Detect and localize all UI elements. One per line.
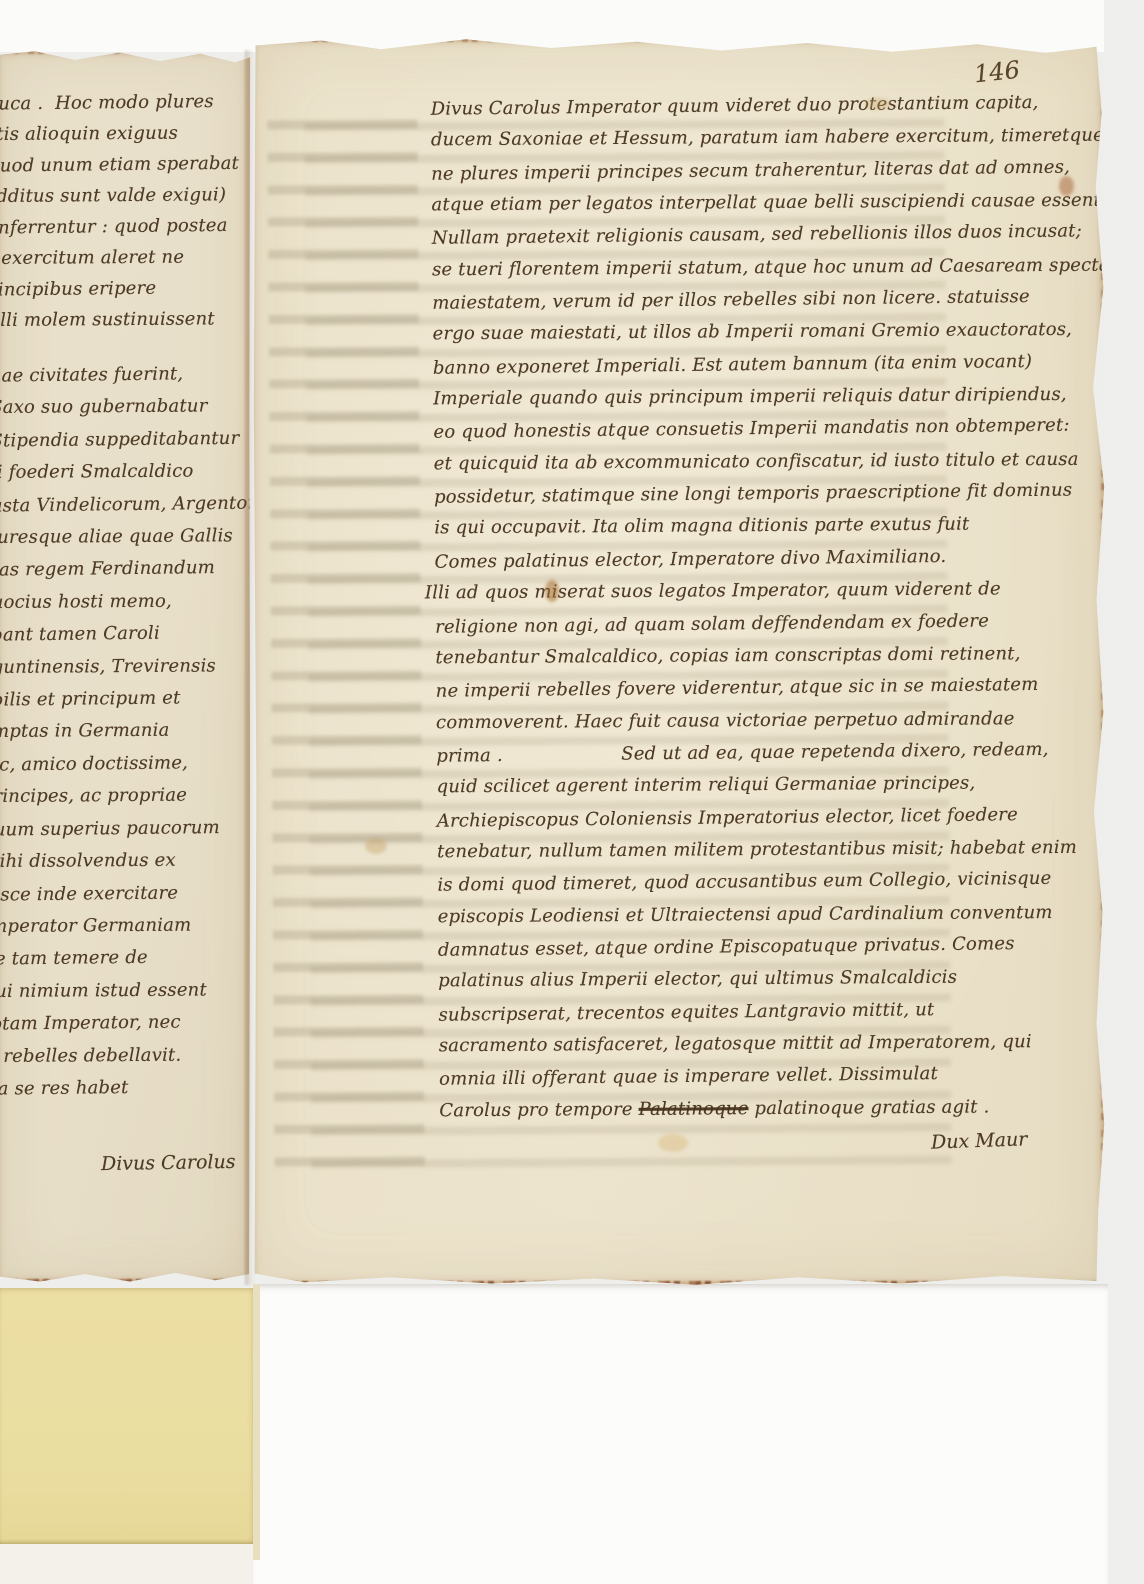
final-line-pre: Carolus pro tempore (439, 1099, 638, 1121)
manuscript-line: ti rebelles debellavit. (0, 1038, 284, 1072)
manuscript-line: conferrentur : quod postea (0, 209, 277, 243)
manuscript-line: . Stipendia suppeditabantur (0, 422, 279, 458)
manuscript-line: abilis et principum et (0, 681, 281, 717)
left-page: pauca . Hoc modo pluressatis alioquin ex… (0, 50, 250, 1284)
yellow-insert-sheet (0, 1288, 256, 1544)
manuscript-line: Illi ad quos miserat suos legatos Impera… (425, 573, 1097, 610)
manuscript-line: mihi dissolvendus ex (0, 844, 282, 878)
left-page-text-block: pauca . Hoc modo pluressatis alioquin ex… (0, 86, 284, 1106)
manuscript-line: hic, amico doctissime, (0, 746, 282, 782)
manuscript-line: quae civitates fuerint, (0, 357, 278, 393)
manuscript-line: satis alioquin exiguus (0, 117, 276, 150)
ink-stain (1059, 176, 1074, 196)
ink-stain (545, 580, 559, 602)
manuscript-line: principibus eripere (0, 271, 277, 305)
manuscript-line: , quod unum etiam sperabat (0, 147, 276, 181)
manuscript-line: qui nimium istud essent (0, 974, 284, 1008)
manuscript-scan: { "colors": { "ink": "#4d3a24", "paper_m… (0, 0, 1144, 1584)
main-text-block: Divus Carolus Imperator quum videret duo… (430, 87, 1101, 1128)
manuscript-line: . Saxo suo gubernabatur (0, 390, 278, 424)
manuscript-line: ptas regem Ferdinandum (0, 552, 280, 588)
left-page-catchword: Divus Carolus (101, 1151, 236, 1175)
paper-stain (365, 838, 387, 854)
main-page: 146 Divus Carolus Imperator quum videret… (253, 38, 1105, 1286)
crossed-out-word: Palatinoque (639, 1098, 749, 1120)
lower-left-paper (0, 1544, 256, 1584)
manuscript-line: oguntinensis, Trevirensis (0, 650, 281, 684)
underlying-page-edge (253, 1284, 260, 1560)
paper-stain (658, 1134, 688, 1152)
left-page-bottom-edge (3, 1279, 248, 1284)
main-page-catchword: Dux Maur (930, 1128, 1027, 1153)
final-line-post: palatinoque gratias agit . (748, 1096, 989, 1119)
manuscript-line: pauca . Hoc modo plures (0, 85, 276, 119)
manuscript-line: quum superius paucorum (0, 811, 282, 847)
manuscript-line: hisce inde exercitare (0, 876, 283, 912)
scan-background-top (0, 0, 1144, 52)
manuscript-line: pluresque aliae quae Gallis (0, 520, 280, 554)
manuscript-line: quocius hosti memo, (0, 585, 280, 619)
folio-number: 146 (973, 56, 1021, 89)
manuscript-line: illi foederi Smalcaldico (0, 455, 279, 489)
manuscript-line: ne imperii rebelles fovere viderentur, a… (436, 668, 1098, 708)
scan-background-right (1104, 0, 1144, 1584)
manuscript-line-final: Carolus pro tempore Palatinoque palatino… (439, 1090, 1101, 1127)
manuscript-line: Imperator Germaniam (0, 909, 283, 943)
manuscript-line: belli molem sustinuissent (0, 303, 278, 336)
left-page-paragraph-1: pauca . Hoc modo pluressatis alioquin ex… (0, 86, 278, 337)
manuscript-line: gusta Vindelicorum, Argentoratum (0, 487, 279, 523)
page-gutter-shadow (245, 50, 255, 1285)
manuscript-line: totam Imperator, nec (0, 1005, 284, 1041)
manuscript-line: is domi quod timeret, quod accusantibus … (437, 862, 1099, 902)
manuscript-line: redditus sunt valde exigui) (0, 179, 277, 212)
underlying-page (253, 1284, 1108, 1584)
main-text-lines: Divus Carolus Imperator quum videret duo… (430, 87, 1101, 1095)
manuscript-line: et exercitum aleret ne (0, 241, 277, 274)
manuscript-line: quid scilicet agerent interim reliqui Ge… (436, 767, 1098, 804)
left-page-paragraph-2: quae civitates fuerint,. Saxo suo gubern… (0, 358, 284, 1106)
manuscript-line: ne tam temere de (0, 941, 283, 977)
manuscript-line: emptas in Germania (0, 714, 281, 748)
manuscript-line: ebant tamen Caroli (0, 617, 281, 653)
manuscript-line: ita se res habet (0, 1070, 284, 1106)
manuscript-line: principes, ac propriae (0, 779, 282, 813)
paper-stain (865, 98, 891, 110)
